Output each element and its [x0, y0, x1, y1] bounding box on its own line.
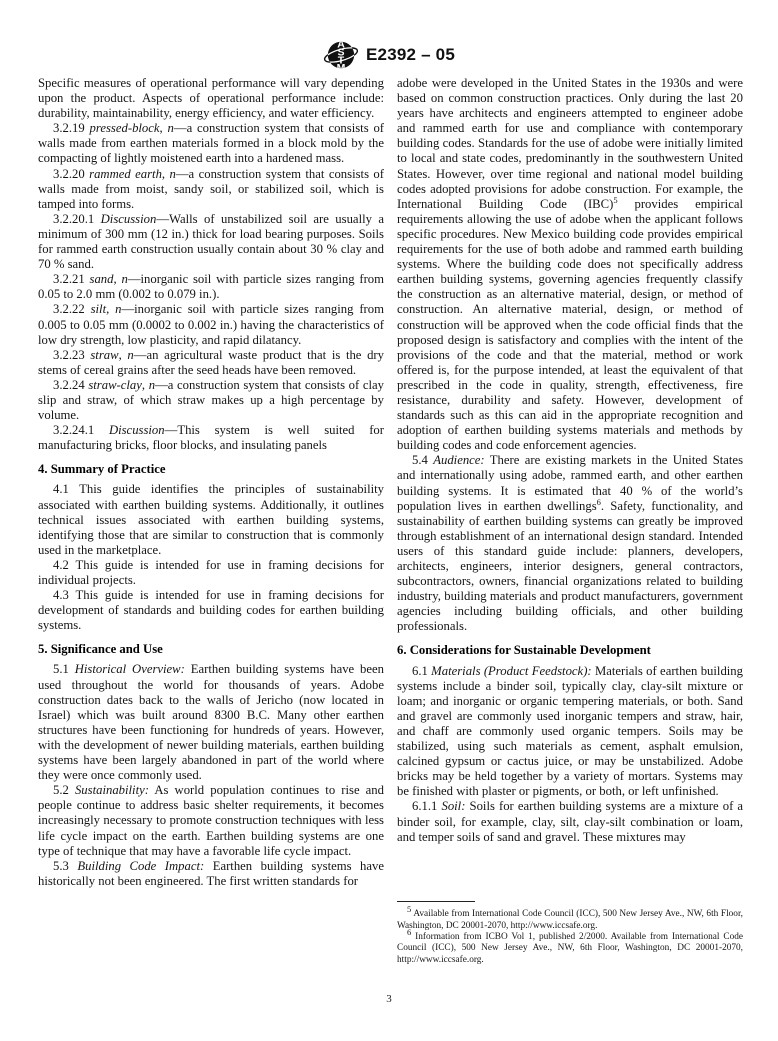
paragraph: 6.1.1 Soil: Soils for earthen building s… [397, 799, 743, 844]
paragraph: 3.2.23 straw, n—an agricultural waste pr… [38, 348, 384, 378]
astm-logo-letter: M [337, 62, 346, 72]
paragraph: 3.2.22 silt, n—inorganic soil with parti… [38, 302, 384, 347]
paragraph: adobe were developed in the United State… [397, 76, 743, 453]
paragraph: 4.2 This guide is intended for use in fr… [38, 558, 384, 588]
paragraph: 3.2.21 sand, n—inorganic soil with parti… [38, 272, 384, 302]
section-heading: 5. Significance and Use [38, 642, 384, 657]
paragraph: 3.2.24.1 Discussion—This system is well … [38, 423, 384, 453]
paragraph: 5.3 Building Code Impact: Earthen buildi… [38, 859, 384, 889]
paragraph: 4.3 This guide is intended for use in fr… [38, 588, 384, 633]
right-column: adobe were developed in the United State… [397, 76, 743, 845]
paragraph: 3.2.20.1 Discussion—Walls of unstabilize… [38, 212, 384, 272]
document-page: A S T M E2392 – 05 Specific measures of … [0, 0, 778, 1041]
standard-designation: E2392 – 05 [366, 45, 455, 65]
section-heading: 6. Considerations for Sustainable Develo… [397, 643, 743, 658]
footnotes-section: 5 Available from International Code Coun… [397, 901, 743, 966]
section-heading: 4. Summary of Practice [38, 462, 384, 477]
paragraph: 4.1 This guide identifies the principles… [38, 482, 384, 557]
page-header: A S T M E2392 – 05 [0, 36, 778, 74]
paragraph: 6.1 Materials (Product Feedstock): Mater… [397, 664, 743, 800]
paragraph: 5.4 Audience: There are existing markets… [397, 453, 743, 634]
astm-logo: A S T M [323, 38, 359, 72]
paragraph: 5.1 Historical Overview: Earthen buildin… [38, 662, 384, 783]
footnote-list: 5 Available from International Code Coun… [397, 909, 743, 966]
paragraph: 5.2 Sustainability: As world population … [38, 783, 384, 858]
page-number: 3 [0, 993, 778, 1005]
footnote: 5 Available from International Code Coun… [397, 909, 743, 932]
left-column: Specific measures of operational perform… [38, 76, 384, 889]
paragraph: Specific measures of operational perform… [38, 76, 384, 121]
paragraph: 3.2.19 pressed-block, n—a construction s… [38, 121, 384, 166]
footnote: 6 Information from ICBO Vol 1, published… [397, 932, 743, 966]
paragraph: 3.2.24 straw-clay, n—a construction syst… [38, 378, 384, 423]
paragraph: 3.2.20 rammed earth, n—a construction sy… [38, 167, 384, 212]
footnote-rule [397, 901, 475, 902]
